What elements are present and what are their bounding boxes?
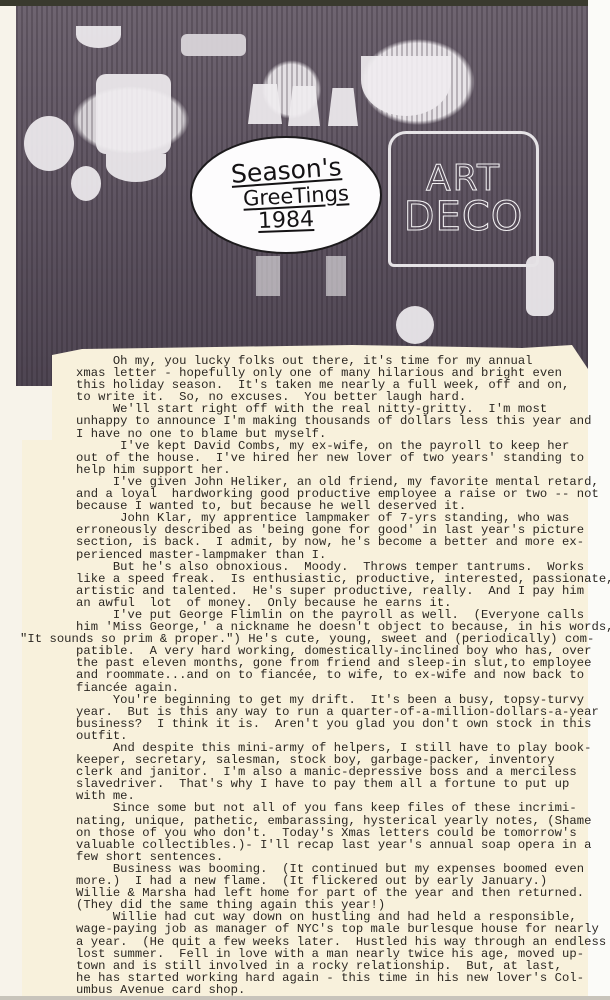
lamp-shape: [71, 166, 101, 201]
letter-line: wage-paying job as manager of NYC's top …: [76, 923, 596, 935]
letter-line: lost summer. Fell in love with a man nea…: [76, 948, 596, 960]
letter-line: slavedriver. That's why I have to pay th…: [76, 778, 596, 790]
letter-line: on those of you who don't. Today's Xmas …: [76, 827, 596, 839]
lamp-shape: [24, 116, 74, 171]
header-photo: Season's GreeTings 1984 ART DECO: [16, 6, 590, 386]
neon-word-2: DECO: [404, 197, 524, 237]
letter-line: I've kept David Combs, my ex-wife, on th…: [76, 440, 596, 452]
lamp-shape: [396, 306, 434, 344]
letter-line: umbus Avenue card shop.: [76, 984, 596, 996]
lamp-shape: [248, 84, 282, 124]
lamp-shape: [96, 74, 171, 154]
lamp-shape: [361, 56, 451, 116]
art-deco-neon-sign: ART DECO: [388, 131, 539, 267]
letter-line: You're beginning to get my drift. It's b…: [76, 694, 596, 706]
letter-line: a year. (He quit a few weeks later. Hust…: [76, 936, 596, 948]
letter-line: nating, unique, pathetic, embarassing, h…: [76, 815, 596, 827]
greeting-year: 1984: [258, 208, 315, 233]
letter-line: section, is back. I admit, by now, he's …: [76, 536, 596, 548]
lamp-shape: [326, 256, 346, 296]
letter-line: like a speed freak. Is enthusiastic, pro…: [76, 573, 596, 585]
lamp-shape: [256, 256, 280, 296]
letter-line: I have no one to blame but myself.: [76, 428, 596, 440]
letter-line: year. But is this any way to run a quart…: [76, 706, 596, 718]
letter-line: unhappy to announce I'm making thousands…: [76, 415, 596, 427]
letter-body: Oh my, you lucky folks out there, it's t…: [76, 355, 596, 996]
lamp-shape: [288, 86, 320, 126]
neon-word-1: ART: [426, 161, 501, 197]
letter-line: fiancée again.: [76, 682, 596, 694]
letter-line: and roommate...and on to fiancée, to wif…: [76, 669, 596, 681]
letter-line: perienced master-lampmaker than I.: [76, 549, 596, 561]
letter-line: But he's also obnoxious. Moody. Throws t…: [76, 561, 596, 573]
lamp-shape: [328, 88, 358, 126]
letter-line: Since some but not all of you fans keep …: [76, 802, 596, 814]
letter-line: town and is still involved in a rocky re…: [76, 960, 596, 972]
lamp-shape: [181, 34, 246, 56]
lamp-shape: [76, 26, 121, 48]
lamp-shape: [106, 154, 166, 182]
letter-line: business? I think it is. Aren't you glad…: [76, 718, 596, 730]
greeting-line-2: GreeTings: [243, 182, 350, 210]
seasons-greetings-bubble: Season's GreeTings 1984: [190, 136, 382, 254]
scan-bottom-edge: [0, 996, 610, 1000]
